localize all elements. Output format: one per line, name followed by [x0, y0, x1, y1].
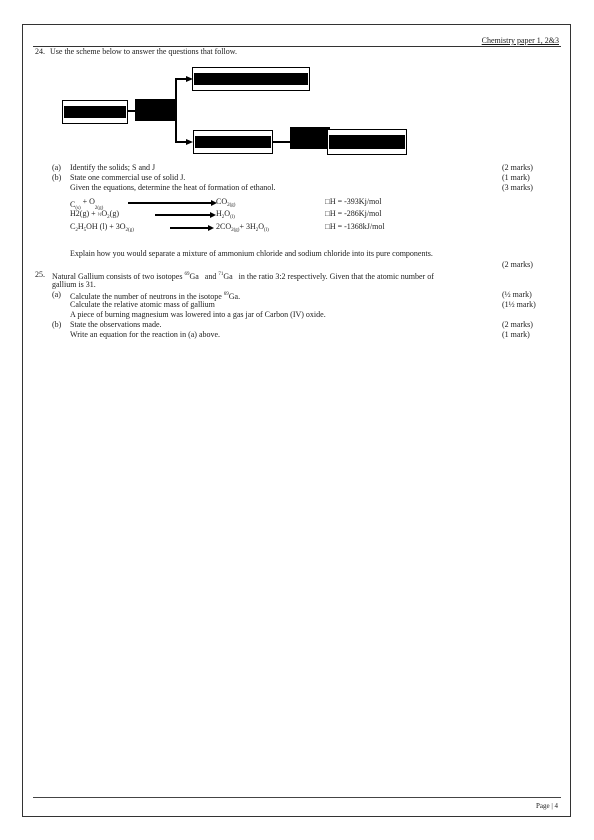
q25b-label: (b): [52, 320, 61, 330]
q24b-text: State one commercial use of solid J.: [70, 173, 185, 183]
q24-number: 24.: [35, 47, 45, 57]
rel-mass-text: Calculate the relative atomic mass of ga…: [70, 300, 215, 310]
q25a-label: (a): [52, 290, 61, 300]
q24b-marks: (1 mark): [502, 173, 530, 183]
q25-intro-cont: gallium is 31.: [52, 280, 96, 290]
equation-3-lhs: C2H5OH (l) + 3O2(g): [70, 222, 134, 236]
reaction-arrow-icon: [128, 202, 211, 204]
equation-question-marks: (1 mark): [502, 330, 530, 340]
scheme-box-end: [327, 129, 407, 155]
separation-question-text: Explain how you would separate a mixture…: [70, 249, 433, 259]
heat-question-marks: (3 marks): [502, 183, 533, 193]
q25-number: 25.: [35, 270, 45, 280]
q24-intro: Use the scheme below to answer the quest…: [50, 47, 237, 57]
page-number: Page | 4: [536, 801, 558, 811]
q24a-marks: (2 marks): [502, 163, 533, 173]
q25b-text: State the observations made.: [70, 320, 162, 330]
q24a-label: (a): [52, 163, 61, 173]
reaction-arrow-icon: [155, 214, 210, 216]
equation-3-enthalpy: □H = -1368kJ/mol: [325, 222, 385, 232]
arrow-right-icon: [186, 139, 193, 145]
scheme-box-middle: [193, 130, 273, 154]
scheme-box-start: [62, 100, 128, 124]
q24a-text: Identify the solids; S and J: [70, 163, 155, 173]
q25b-marks: (2 marks): [502, 320, 533, 330]
heat-question-text: Given the equations, determine the heat …: [70, 183, 276, 193]
scheme-process-block: [135, 99, 176, 121]
separation-question-marks: (2 marks): [502, 260, 533, 270]
q25a-marks: (½ mark): [502, 290, 532, 300]
footer-rule: [33, 797, 561, 798]
branch-line: [175, 78, 177, 142]
equation-2-enthalpy: □H = -286Kj/mol: [325, 209, 381, 219]
equation-1-enthalpy: □H = -393Kj/mol: [325, 197, 381, 207]
rel-mass-marks: (1½ mark): [502, 300, 536, 310]
header-title: Chemistry paper 1, 2&3: [482, 36, 559, 46]
magnesium-text: A piece of burning magnesium was lowered…: [70, 310, 326, 320]
q24b-label: (b): [52, 173, 61, 183]
scheme-process-block: [290, 127, 330, 149]
equation-2-lhs: H2(g) + ½O2(g): [70, 209, 119, 223]
q25-intro: Natural Gallium consists of two isotopes…: [52, 270, 434, 282]
reaction-arrow-icon: [170, 227, 208, 229]
connector-line: [272, 141, 291, 143]
scheme-box-top: [192, 67, 310, 91]
equation-question-text: Write an equation for the reaction in (a…: [70, 330, 220, 340]
equation-2-rhs: H2O(l): [216, 209, 235, 223]
equation-3-rhs: 2CO2(g)+ 3H2O(l): [216, 222, 269, 236]
